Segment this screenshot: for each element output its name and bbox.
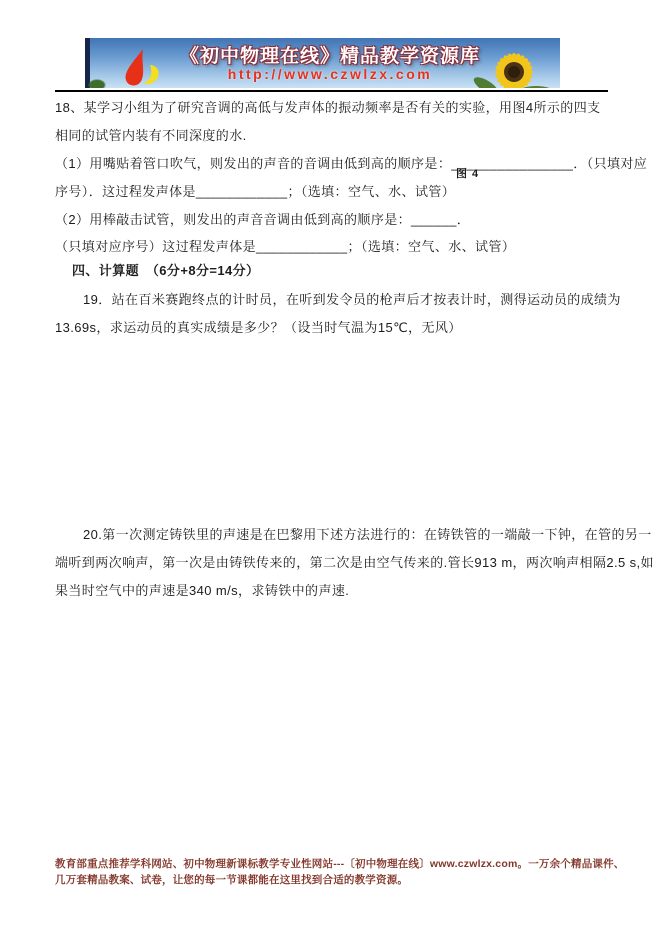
q18-part1-line1: （1）用嘴贴着管口吹气，则发出的声音的音调由低到高的顺序是：__________… <box>55 155 611 172</box>
banner-title: 《初中物理在线》精品教学资源库 <box>180 41 480 68</box>
document-page: 《初中物理在线》精品教学资源库 http://www.czwlzx.com <box>0 0 661 936</box>
q18-line1: 18、某学习小组为了研究音调的高低与发声体的振动频率是否有关的实验，用图4所示的… <box>55 99 611 116</box>
banner-foliage <box>88 79 106 88</box>
q18-line2: 相同的试管内装有不同深度的水. <box>55 127 611 144</box>
q18-part2-line2: （只填对应序号）这过程发声体是____________；（选填：空气、水、试管） <box>55 238 611 255</box>
q18-part1-line2: 序号）．这过程发声体是____________；（选填：空气、水、试管） <box>55 183 611 200</box>
q19-line2: 13.69s，求运动员的真实成绩是多少？（设当时气温为15℃，无风） <box>55 319 611 336</box>
footer-line1: 教育部重点推荐学科网站、初中物理新课标教学专业性网站---〔初中物理在线〕www… <box>55 857 615 872</box>
flame-logo-icon <box>113 48 161 88</box>
header-divider <box>55 90 608 92</box>
section4-heading: 四、计算题 （6分+8分=14分） <box>55 262 628 279</box>
q19-line1: 19．站在百米赛跑终点的计时员，在听到发令员的枪声后才按表计时，测得运动员的成绩… <box>55 291 639 308</box>
q18-part2-line1: （2）用棒敲击试管，则发出的声音音调由低到高的顺序是：______． <box>55 211 611 228</box>
footer-line2: 几万套精品教案、试卷，让您的每一节课都能在这里找到合适的教学资源。 <box>55 873 615 888</box>
sunflower-icon <box>466 42 558 88</box>
figure-4-label: 图 4 <box>456 165 479 181</box>
q20-line1: 20.第一次测定铸铁里的声速是在巴黎用下述方法进行的：在铸铁管的一端敲一下钟，在… <box>55 526 639 543</box>
site-banner: 《初中物理在线》精品教学资源库 http://www.czwlzx.com <box>85 38 560 88</box>
q20-line2: 端听到两次响声，第一次是由铸铁传来的，第二次是由空气传来的.管长913 m，两次… <box>55 554 611 571</box>
banner-url: http://www.czwlzx.com <box>180 66 480 82</box>
q20-line3: 果当时空气中的声速是340 m/s，求铸铁中的声速. <box>55 582 611 599</box>
